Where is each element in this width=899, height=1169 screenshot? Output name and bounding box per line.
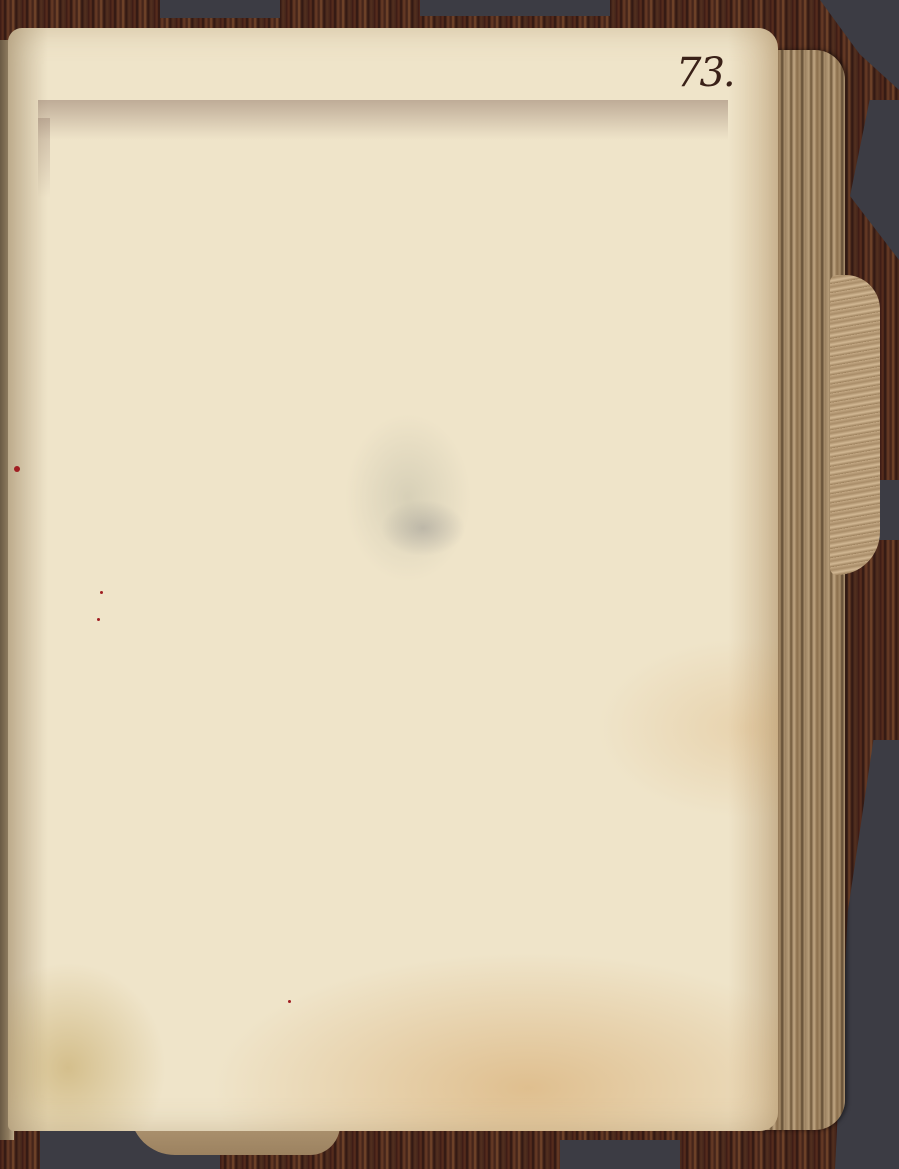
book-page: 73.: [8, 28, 778, 1131]
ink-speck: [14, 466, 20, 472]
ink-speck: [288, 1000, 291, 1003]
page-number: 73.: [676, 50, 734, 96]
background-shard: [560, 1140, 680, 1169]
ink-speck: [100, 591, 103, 594]
background-shard: [420, 0, 610, 16]
torn-page-flap: [830, 275, 880, 575]
top-stain-band: [38, 100, 728, 140]
background-shard: [850, 100, 899, 260]
background-shard: [160, 0, 280, 18]
ink-speck: [97, 618, 100, 621]
left-stain-band: [38, 118, 50, 198]
